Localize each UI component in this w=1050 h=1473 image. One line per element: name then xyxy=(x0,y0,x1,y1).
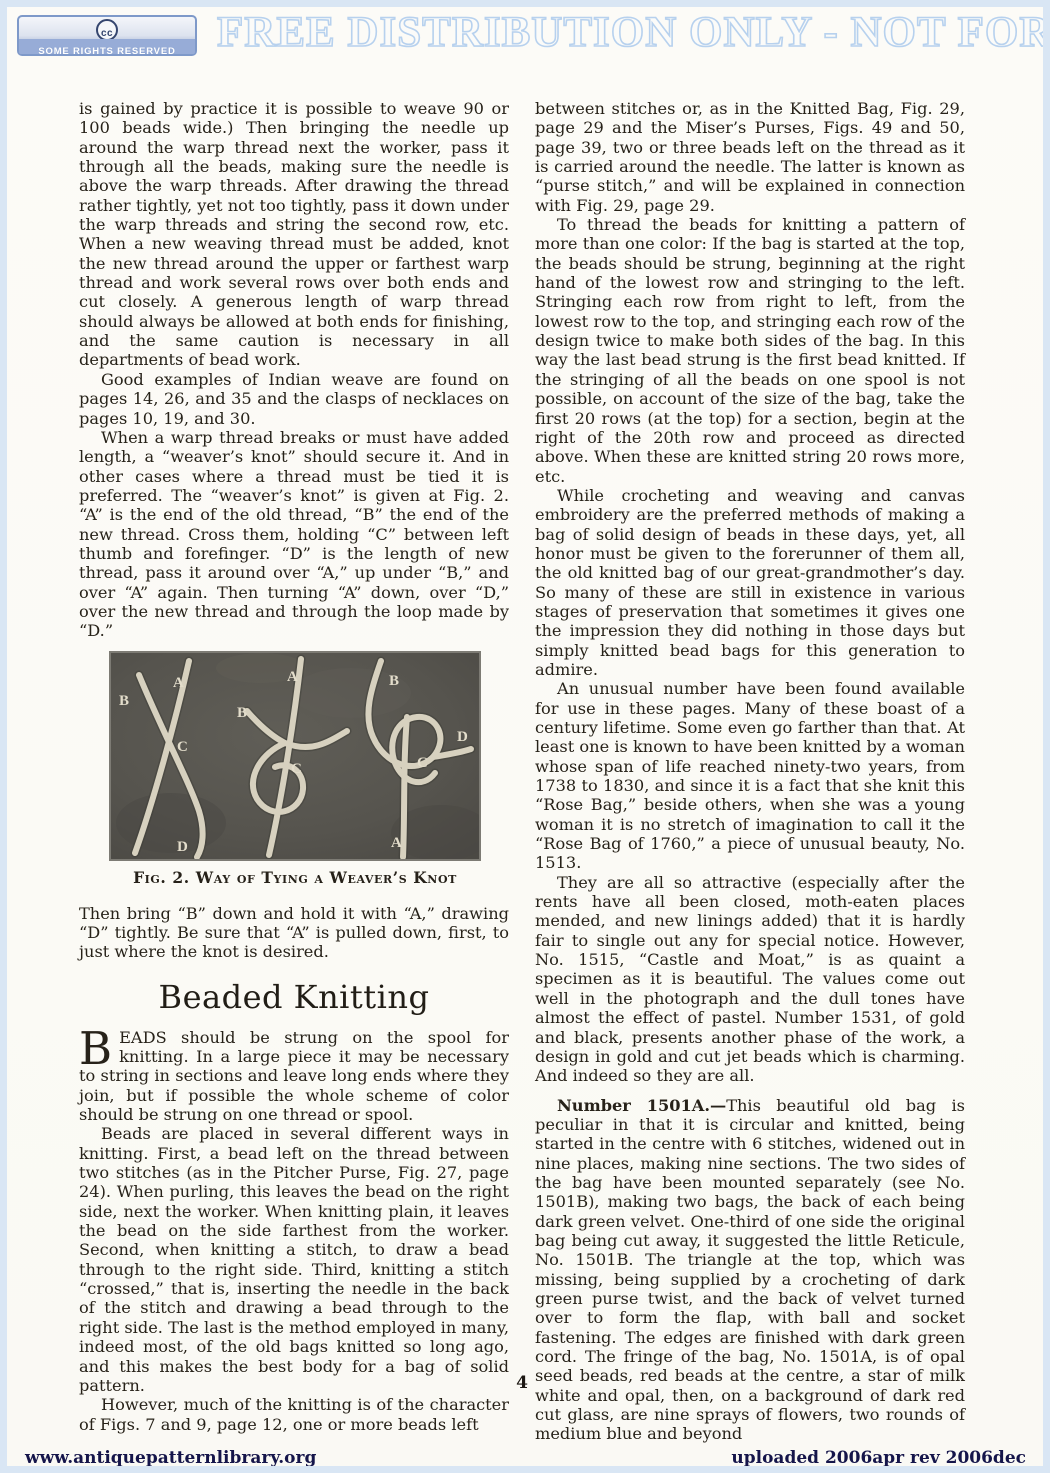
paragraph: Beads are placed in several different wa… xyxy=(79,1124,509,1395)
knot-label: C xyxy=(177,739,188,755)
figure-caption: Fig. 2. Way of Tying a Weaver’s Knot xyxy=(109,868,481,887)
paragraph-catalog-entry: Number 1501A.—This beautiful old bag is … xyxy=(535,1096,965,1444)
knot-label: C xyxy=(291,761,302,777)
left-column: is gained by practice it is possible to … xyxy=(79,99,509,1434)
paragraph: is gained by practice it is possible to … xyxy=(79,99,509,370)
knot-label: B xyxy=(119,693,129,709)
creative-commons-badge: cc SOME RIGHTS RESERVED xyxy=(17,15,197,56)
knot-label: A xyxy=(173,675,184,691)
page-number: 4 xyxy=(447,1373,597,1393)
drop-cap: B xyxy=(79,1028,119,1066)
paragraph: They are all so attractive (especially a… xyxy=(535,873,965,1086)
paragraph: Then bring “B” down and hold it with “A,… xyxy=(79,904,509,962)
knot-label: D xyxy=(177,839,188,855)
paragraph-text: This beautiful old bag is peculiar in th… xyxy=(535,1096,965,1444)
paragraph: To thread the beads for knitting a patte… xyxy=(535,215,965,486)
paragraph: However, much of the knitting is of the … xyxy=(79,1395,509,1434)
paragraph: When a warp thread breaks or must have a… xyxy=(79,428,509,641)
knot-label: A xyxy=(287,669,298,685)
cc-logo-icon: cc xyxy=(96,19,118,41)
catalog-number-lead: Number 1501A.— xyxy=(557,1096,726,1115)
cc-badge-band: SOME RIGHTS RESERVED xyxy=(19,39,195,54)
knot-label: B xyxy=(237,705,247,721)
right-column: between stitches or, as in the Knitted B… xyxy=(535,99,965,1444)
paragraph: While crocheting and weaving and canvas … xyxy=(535,486,965,679)
watermark-text: FREE DISTRIBUTION ONLY - NOT FOR SALE xyxy=(217,8,1050,57)
paragraph-with-dropcap: BEADS should be strung on the spool for … xyxy=(79,1028,509,1125)
knot-label: D xyxy=(457,729,468,745)
scanned-book-page: cc SOME RIGHTS RESERVED FREE DISTRIBUTIO… xyxy=(0,0,1050,1473)
footer-upload-info: uploaded 2006apr rev 2006dec xyxy=(731,1448,1026,1468)
weavers-knot-illustration: B A C D A B C xyxy=(111,653,479,859)
cc-badge-label: SOME RIGHTS RESERVED xyxy=(38,46,175,57)
paragraph: Good examples of Indian weave are found … xyxy=(79,370,509,428)
section-heading: Beaded Knitting xyxy=(79,978,509,1016)
weavers-knot-photo: B A C D A B C xyxy=(109,651,481,861)
paragraph-text: EADS should be strung on the spool for k… xyxy=(79,1028,509,1124)
paragraph: between stitches or, as in the Knitted B… xyxy=(535,99,965,215)
knot-label: C xyxy=(417,755,428,771)
knot-label: A xyxy=(391,835,402,851)
footer-site-url: www.antiquepatternlibrary.org xyxy=(25,1448,316,1468)
knot-label: B xyxy=(389,673,399,689)
figure-weavers-knot: B A C D A B C xyxy=(109,651,481,887)
paragraph: An unusual number have been found availa… xyxy=(535,679,965,872)
